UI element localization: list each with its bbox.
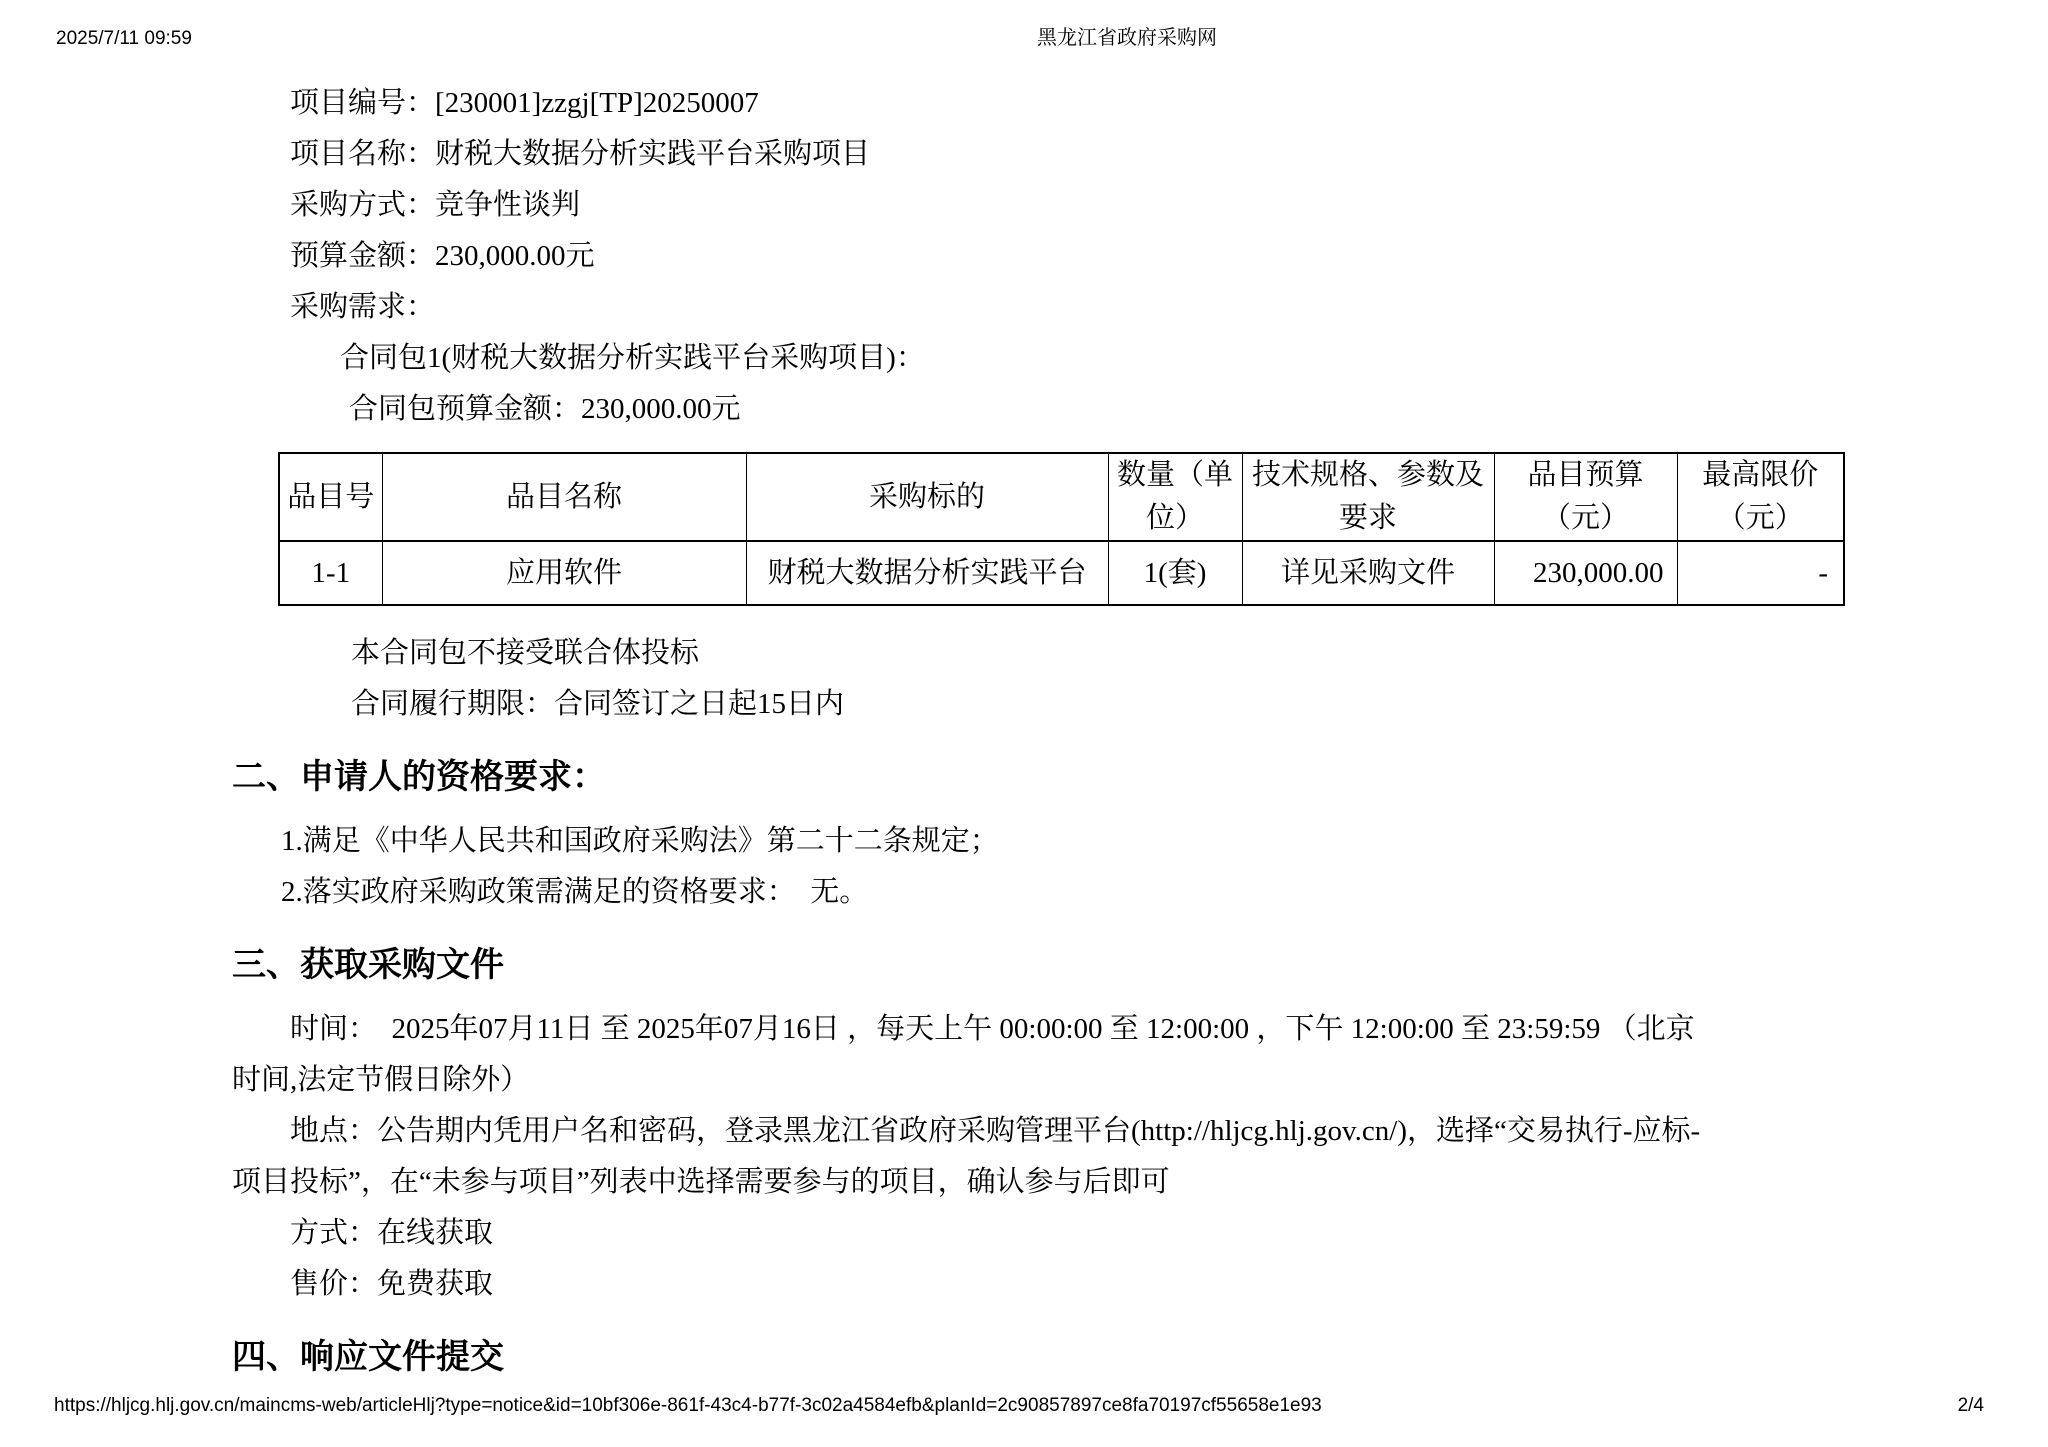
field-budget-amount: 预算金额：230,000.00元: [232, 231, 1855, 282]
section-heading-obtain-documents: 三、获取采购文件: [232, 938, 1855, 994]
qualification-item-2: 2.落实政府采购政策需满足的资格要求： 无。: [232, 867, 1855, 918]
cell-item-no: 1-1: [279, 541, 382, 605]
cell-item-name: 应用软件: [382, 541, 746, 605]
contract-no-consortium-note: 本合同包不接受联合体投标: [232, 628, 1855, 679]
cell-max-price: -: [1677, 541, 1844, 605]
cell-tech-specs: 详见采购文件: [1242, 541, 1494, 605]
contract-package-title: 合同包1(财税大数据分析实践平台采购项目)：: [232, 333, 1855, 384]
obtain-price: 售价：免费获取: [232, 1259, 1855, 1310]
section-heading-qualification: 二、申请人的资格要求：: [232, 750, 1855, 806]
contract-duration: 合同履行期限：合同签订之日起15日内: [232, 679, 1855, 730]
field-project-name: 项目名称：财税大数据分析实践平台采购项目: [232, 129, 1855, 180]
field-purchase-method: 采购方式：竞争性谈判: [232, 180, 1855, 231]
field-purchase-demand: 采购需求：: [232, 282, 1855, 333]
print-header-datetime: 2025/7/11 09:59: [56, 28, 192, 50]
field-project-number: 项目编号：[230001]zzgj[TP]20250007: [232, 78, 1855, 129]
items-table: 品目号 品目名称 采购标的 数量（单 位） 技术规格、参数及 要求 品目预算 （…: [278, 452, 1845, 606]
column-header-tech-specs: 技术规格、参数及 要求: [1242, 453, 1494, 541]
table-header-row: 品目号 品目名称 采购标的 数量（单 位） 技术规格、参数及 要求 品目预算 （…: [279, 453, 1844, 541]
obtain-time-line-2: 时间,法定节假日除外）: [232, 1055, 1855, 1106]
column-header-item-no: 品目号: [279, 453, 382, 541]
obtain-location-line-1: 地点：公告期内凭用户名和密码，登录黑龙江省政府采购管理平台(http://hlj…: [232, 1106, 1855, 1157]
column-header-item-budget: 品目预算 （元）: [1494, 453, 1677, 541]
document-body: 项目编号：[230001]zzgj[TP]20250007 项目名称：财税大数据…: [232, 0, 1855, 1396]
obtain-method: 方式：在线获取: [232, 1208, 1855, 1259]
qualification-item-1: 1.满足《中华人民共和国政府采购法》第二十二条规定；: [232, 816, 1855, 867]
column-header-max-price: 最高限价 （元）: [1677, 453, 1844, 541]
print-preview-page: { "style": { "ink": "#000000", "paper": …: [0, 0, 2048, 1447]
column-header-quantity-unit: 数量（单 位）: [1108, 453, 1242, 541]
cell-procurement-target: 财税大数据分析实践平台: [746, 541, 1108, 605]
column-header-procurement-target: 采购标的: [746, 453, 1108, 541]
column-header-item-name: 品目名称: [382, 453, 746, 541]
print-footer-url: https://hljcg.hlj.gov.cn/maincms-web/art…: [54, 1395, 1322, 1417]
print-footer-page-indicator: 2/4: [1958, 1395, 1984, 1417]
cell-quantity-unit: 1(套): [1108, 541, 1242, 605]
contract-package-budget: 合同包预算金额：230,000.00元: [232, 384, 1855, 435]
section-heading-response-submission: 四、响应文件提交: [232, 1330, 1855, 1386]
table-row: 1-1 应用软件 财税大数据分析实践平台 1(套) 详见采购文件 230,000…: [279, 541, 1844, 605]
obtain-location-line-2: 项目投标”，在“未参与项目”列表中选择需要参与的项目，确认参与后即可: [232, 1157, 1855, 1208]
cell-item-budget: 230,000.00: [1494, 541, 1677, 605]
obtain-time-line-1: 时间： 2025年07月11日 至 2025年07月16日 ，每天上午 00:0…: [232, 1004, 1855, 1055]
